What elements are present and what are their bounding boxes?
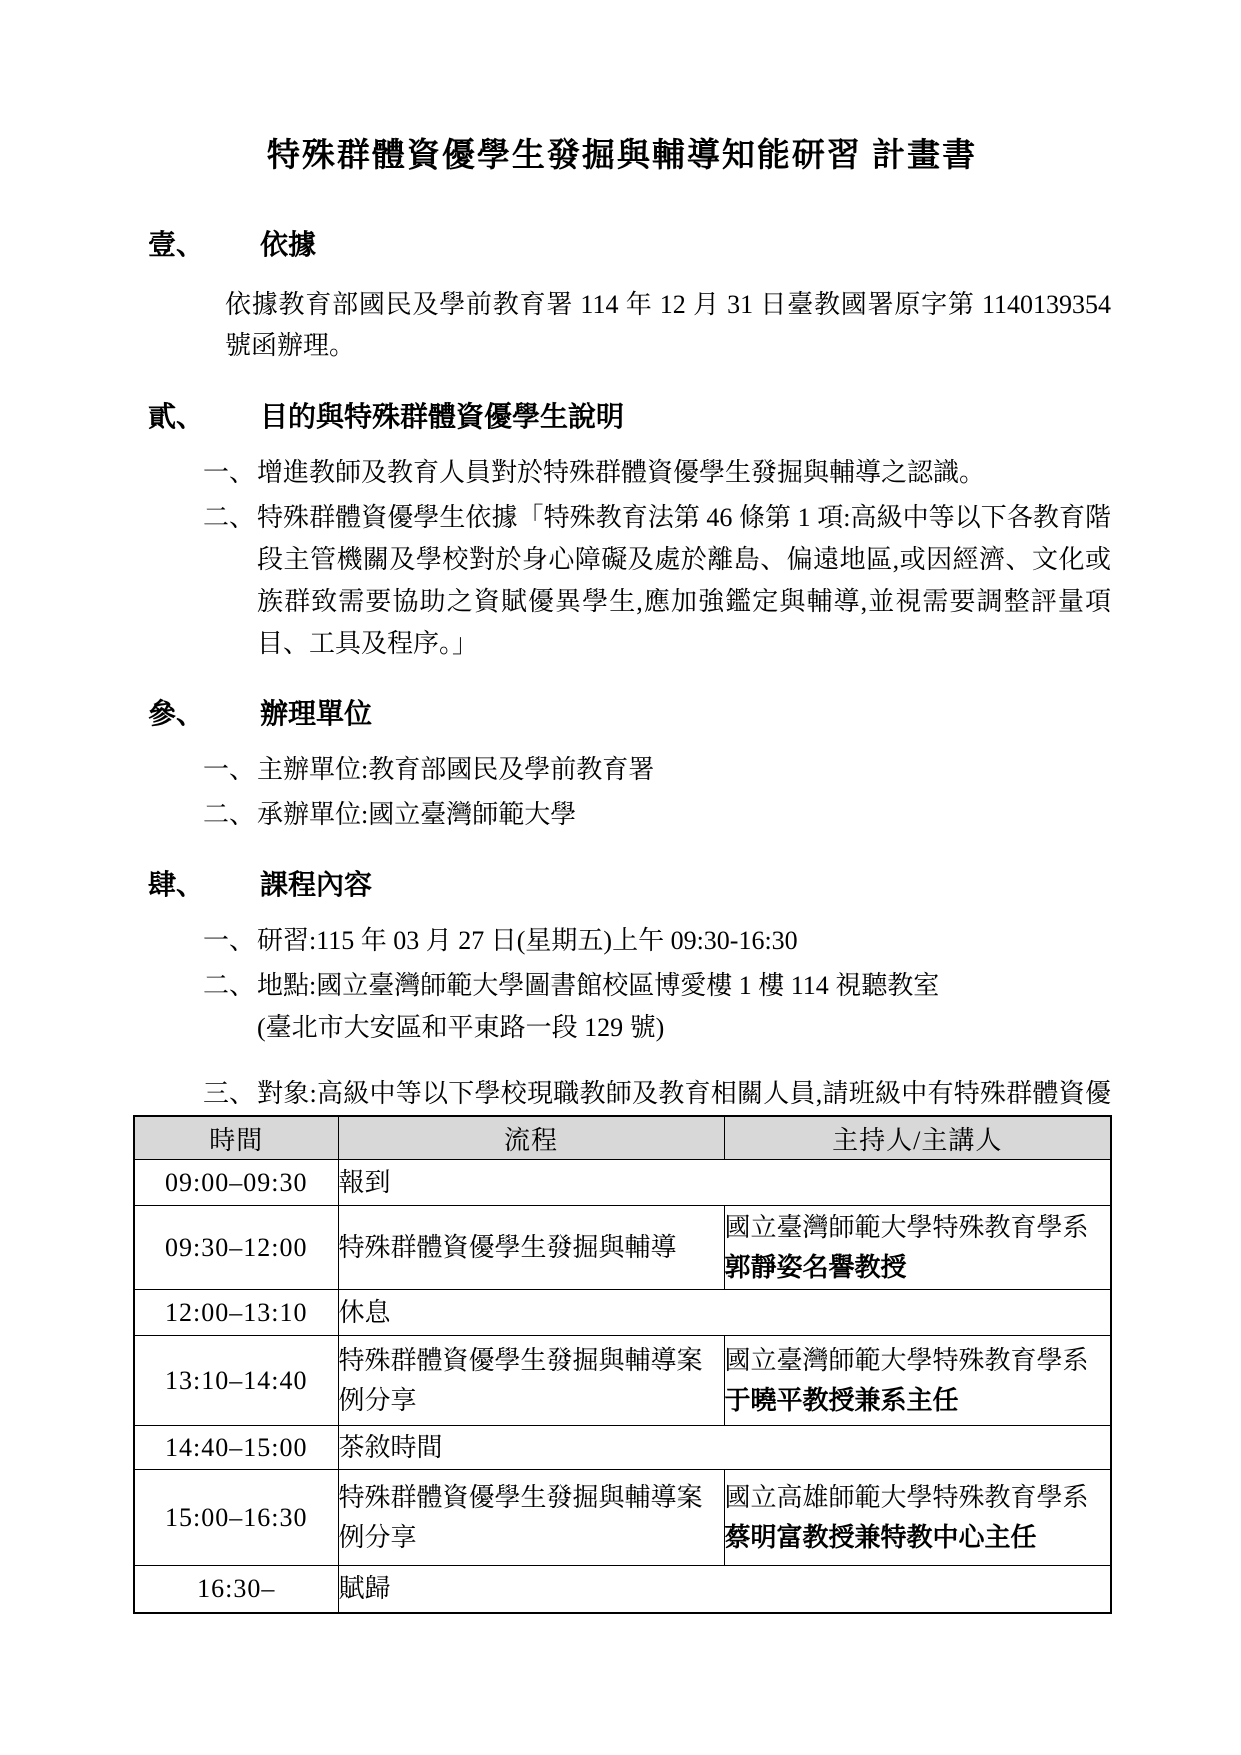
flow-cell: 特殊群體資優學生發掘與輔導案例分享	[338, 1336, 724, 1426]
list-item-text: 承辦單位:國立臺灣師範大學	[257, 794, 1111, 836]
list-item-label: 二、	[203, 794, 257, 836]
table-row: 16:30– 賦歸	[134, 1566, 1111, 1613]
list-item-label: 一、	[203, 920, 257, 962]
section-4-number: 肆、	[148, 866, 260, 906]
table-row: 09:00–09:30 報到	[134, 1160, 1111, 1206]
list-item-label: 二、	[203, 965, 257, 1049]
list-item-label: 二、	[203, 497, 257, 665]
time-cell: 09:00–09:30	[134, 1160, 338, 1206]
flow-cell: 茶敘時間	[338, 1426, 1111, 1470]
time-cell: 16:30–	[134, 1566, 338, 1613]
list-item: 一、 研習:115 年 03 月 27 日(星期五)上午 09:30-16:30	[203, 920, 1111, 962]
list-item-text: 主辦單位:教育部國民及學前教育署	[257, 749, 1111, 791]
section-1-title: 依據	[260, 230, 316, 261]
venue-line-1: 地點:國立臺灣師範大學圖書館校區博愛樓 1 樓 114 視聽教室	[257, 965, 1111, 1007]
section-2-number: 貳、	[148, 398, 260, 438]
flow-cell: 休息	[338, 1290, 1111, 1336]
table-header-row: 時間 流程 主持人/主講人	[134, 1116, 1111, 1160]
list-item: 二、 地點:國立臺灣師範大學圖書館校區博愛樓 1 樓 114 視聽教室 (臺北市…	[203, 965, 1111, 1049]
section-1-paragraph: 依據教育部國民及學前教育署 114 年 12 月 31 日臺教國署原字第 114…	[225, 284, 1111, 366]
list-item-text: 研習:115 年 03 月 27 日(星期五)上午 09:30-16:30	[257, 920, 1111, 962]
section-3-number: 參、	[148, 695, 260, 735]
section-3-heading: 參、辦理單位	[148, 695, 1111, 735]
time-cell: 14:40–15:00	[134, 1426, 338, 1470]
list-item-label: 一、	[203, 749, 257, 791]
venue-line-2: (臺北市大安區和平東路一段 129 號)	[257, 1007, 1111, 1049]
list-item: 一、 增進教師及教育人員對於特殊群體資優學生發掘與輔導之認識。	[203, 452, 1111, 494]
table-row: 12:00–13:10 休息	[134, 1290, 1111, 1336]
list-item: 一、 主辦單位:教育部國民及學前教育署	[203, 749, 1111, 791]
table-row: 14:40–15:00 茶敘時間	[134, 1426, 1111, 1470]
section-4-heading: 肆、課程內容	[148, 866, 1111, 906]
section-4-title: 課程內容	[260, 870, 372, 901]
flow-cell: 報到	[338, 1160, 1111, 1206]
section-1-number: 壹、	[148, 226, 260, 266]
flow-cell: 賦歸	[338, 1566, 1111, 1613]
list-item-text: 地點:國立臺灣師範大學圖書館校區博愛樓 1 樓 114 視聽教室 (臺北市大安區…	[257, 965, 1111, 1049]
schedule-table: 時間 流程 主持人/主講人 09:00–09:30 報到 09:30–12:00…	[133, 1115, 1112, 1614]
list-item-text: 增進教師及教育人員對於特殊群體資優學生發掘與輔導之認識。	[257, 452, 1111, 494]
table-row: 13:10–14:40 特殊群體資優學生發掘與輔導案例分享 國立臺灣師範大學特殊…	[134, 1336, 1111, 1426]
table-row: 15:00–16:30 特殊群體資優學生發掘與輔導案例分享 國立高雄師範大學特殊…	[134, 1470, 1111, 1566]
section-3-items: 一、 主辦單位:教育部國民及學前教育署 二、 承辦單位:國立臺灣師範大學	[133, 749, 1111, 836]
time-cell: 13:10–14:40	[134, 1336, 338, 1426]
host-name: 郭靜姿名譽教授	[725, 1248, 1111, 1288]
list-item: 二、 特殊群體資優學生依據「特殊教育法第 46 條第 1 項:高級中等以下各教育…	[203, 497, 1111, 665]
host-organization: 國立高雄師範大學特殊教育學系	[725, 1478, 1111, 1518]
list-item-text: 特殊群體資優學生依據「特殊教育法第 46 條第 1 項:高級中等以下各教育階段主…	[257, 497, 1111, 665]
section-2-heading: 貳、目的與特殊群體資優學生說明	[148, 398, 1111, 438]
host-cell: 國立臺灣師範大學特殊教育學系 郭靜姿名譽教授	[724, 1206, 1111, 1290]
header-host: 主持人/主講人	[724, 1116, 1111, 1160]
document-page: 特殊群體資優學生發掘與輔導知能研習 計畫書 壹、依據 依據教育部國民及學前教育署…	[133, 0, 1111, 1160]
page-title: 特殊群體資優學生發掘與輔導知能研習 計畫書	[133, 132, 1111, 180]
header-flow: 流程	[338, 1116, 724, 1160]
list-item-label: 一、	[203, 452, 257, 494]
flow-cell: 特殊群體資優學生發掘與輔導	[338, 1206, 724, 1290]
section-3-title: 辦理單位	[260, 699, 372, 730]
table-row: 09:30–12:00 特殊群體資優學生發掘與輔導 國立臺灣師範大學特殊教育學系…	[134, 1206, 1111, 1290]
header-time: 時間	[134, 1116, 338, 1160]
time-cell: 09:30–12:00	[134, 1206, 338, 1290]
host-cell: 國立高雄師範大學特殊教育學系 蔡明富教授兼特教中心主任	[724, 1470, 1111, 1566]
host-name: 蔡明富教授兼特教中心主任	[725, 1518, 1111, 1558]
host-name: 于曉平教授兼系主任	[725, 1381, 1111, 1421]
host-organization: 國立臺灣師範大學特殊教育學系	[725, 1208, 1111, 1248]
section-1-heading: 壹、依據	[148, 226, 1111, 266]
host-organization: 國立臺灣師範大學特殊教育學系	[725, 1341, 1111, 1381]
host-cell: 國立臺灣師範大學特殊教育學系 于曉平教授兼系主任	[724, 1336, 1111, 1426]
time-cell: 15:00–16:30	[134, 1470, 338, 1566]
list-item: 二、 承辦單位:國立臺灣師範大學	[203, 794, 1111, 836]
flow-cell: 特殊群體資優學生發掘與輔導案例分享	[338, 1470, 724, 1566]
time-cell: 12:00–13:10	[134, 1290, 338, 1336]
section-2-title: 目的與特殊群體資優學生說明	[260, 402, 624, 433]
section-2-items: 一、 增進教師及教育人員對於特殊群體資優學生發掘與輔導之認識。 二、 特殊群體資…	[133, 452, 1111, 665]
